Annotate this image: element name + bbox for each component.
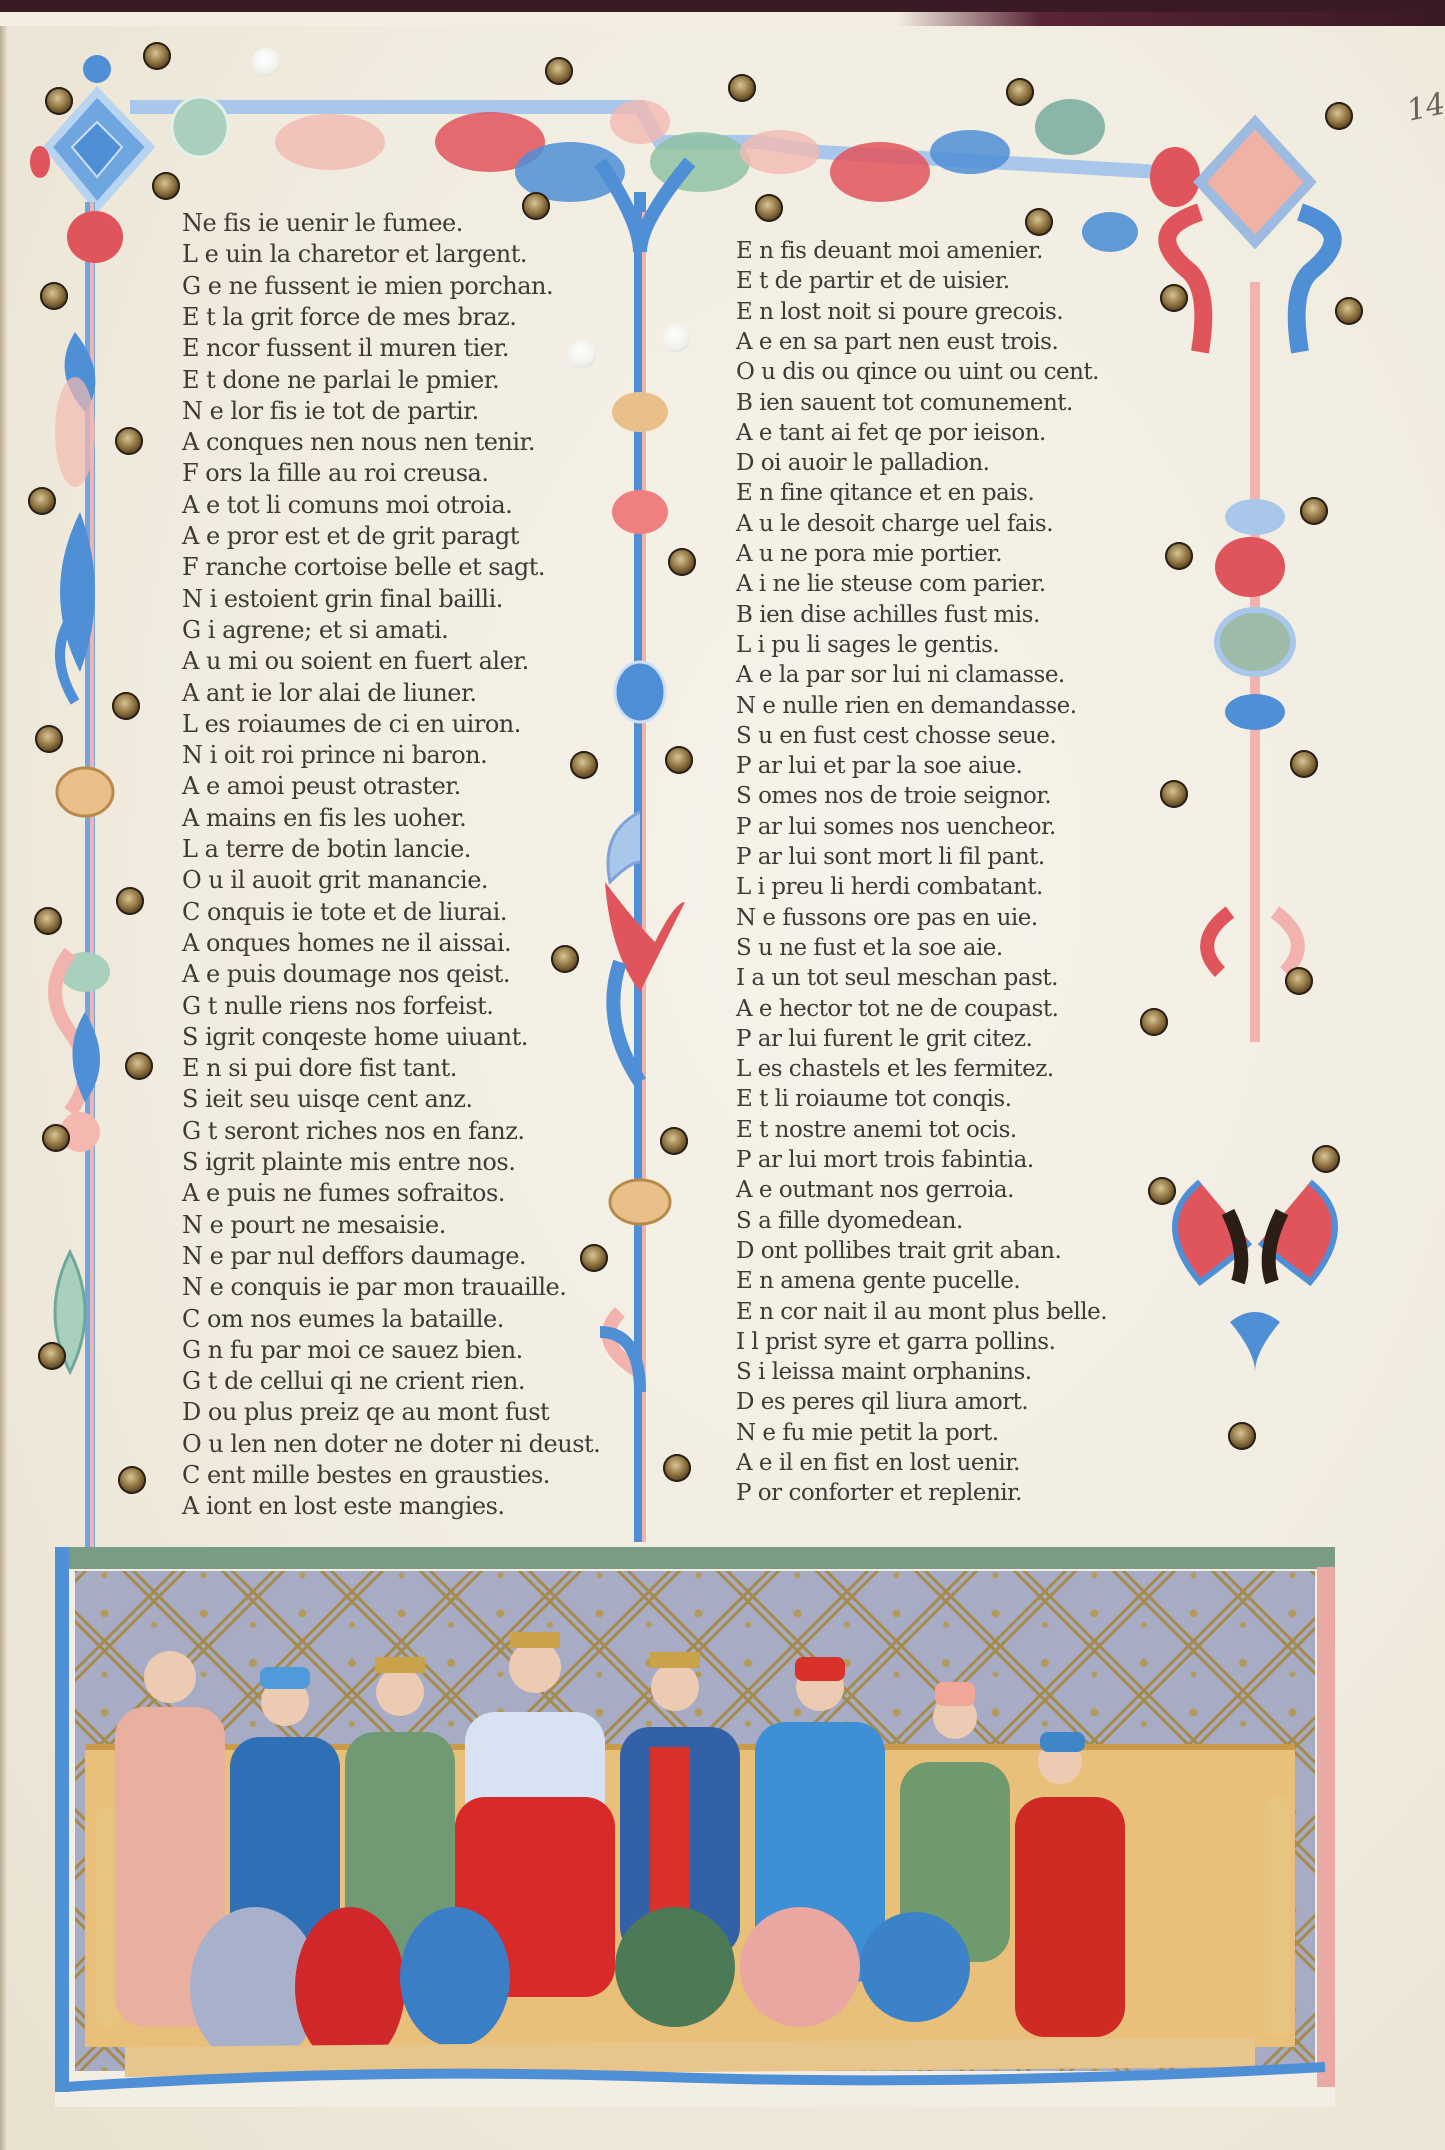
verse-line: A e hector tot ne de coupast.: [736, 996, 1058, 1022]
gold-dot: [1160, 284, 1188, 312]
verse-line: A i ne lie steuse com parier.: [736, 571, 1046, 597]
verse-line: L i pu li sages le gentis.: [736, 632, 999, 658]
verse-line: N e par nul deffors daumage.: [182, 1242, 526, 1270]
gold-dot: [545, 57, 573, 85]
gold-dot: [580, 1244, 608, 1272]
gold-dot: [1285, 967, 1313, 995]
verse-line: A u mi ou soient en fuert aler.: [182, 647, 529, 675]
gold-dot: [1165, 542, 1193, 570]
verse-line: P ar lui sont mort li fil pant.: [736, 844, 1045, 870]
verse-line: O u len nen doter ne doter ni deust.: [182, 1430, 600, 1458]
verse-line: S omes nos de troie seignor.: [736, 783, 1051, 809]
verse-line: A u ne pora mie portier.: [736, 541, 1002, 567]
gold-dot: [1148, 1177, 1176, 1205]
gold-dot: [118, 1466, 146, 1494]
verse-line: P ar lui furent le grit citez.: [736, 1026, 1032, 1052]
verse-line: A e amoi peust otraster.: [182, 772, 461, 800]
verse-line: E t nostre anemi tot ocis.: [736, 1117, 1017, 1143]
gold-dot: [42, 1124, 70, 1152]
verse-line: L a terre de botin lancie.: [182, 835, 471, 863]
verse-line: A e puis ne fumes sofraitos.: [182, 1179, 505, 1207]
verse-line: D ont pollibes trait grit aban.: [736, 1238, 1061, 1264]
verse-line: O u dis ou qince ou uint ou cent.: [736, 359, 1099, 385]
verse-line: O u il auoit grit manancie.: [182, 866, 488, 894]
verse-line: F ranche cortoise belle et sagt.: [182, 553, 545, 581]
verse-line: A e la par sor lui ni clamasse.: [736, 662, 1065, 688]
left-border-stem: [55, 202, 123, 1552]
verse-line: B ien sauent tot comunement.: [736, 390, 1073, 416]
gold-dot: [668, 548, 696, 576]
verse-line: C onquis ie tote et de liurai.: [182, 898, 507, 926]
verse-line: D oi auoir le palladion.: [736, 450, 990, 476]
verse-line: E n amena gente pucelle.: [736, 1268, 1020, 1294]
verse-line: L es roiaumes de ci en uiron.: [182, 710, 521, 738]
gold-dot: [112, 692, 140, 720]
gold-dot: [522, 192, 550, 220]
gold-dot: [1006, 78, 1034, 106]
verse-line: N e pourt ne mesaisie.: [182, 1211, 446, 1239]
verse-line: G t nulle riens nos forfeist.: [182, 992, 493, 1020]
verse-line: I l prist syre et garra pollins.: [736, 1329, 1055, 1355]
verse-line: C om nos eumes la bataille.: [182, 1305, 504, 1333]
verse-line: E n fine qitance et en pais.: [736, 480, 1034, 506]
verse-line: A iont en lost este mangies.: [182, 1492, 505, 1520]
verse-line: E n lost noit si poure grecois.: [736, 299, 1063, 325]
verse-line: A e en sa part nen eust trois.: [736, 329, 1058, 355]
gold-dot: [115, 427, 143, 455]
verse-line: E t done ne parlai le pmier.: [182, 366, 499, 394]
verse-line: N e fussons ore pas en uie.: [736, 905, 1038, 931]
verse-line: A e tot li comuns moi otroia.: [182, 491, 512, 519]
silver-dot: [568, 340, 596, 368]
gold-dot: [38, 1342, 66, 1370]
verse-line: N i oit roi prince ni baron.: [182, 741, 487, 769]
gold-dot: [35, 725, 63, 753]
verse-line: S igrit plainte mis entre nos.: [182, 1148, 515, 1176]
top-left-diamond-ornament: [30, 55, 150, 207]
verse-line: N e conquis ie par mon trauaille.: [182, 1273, 566, 1301]
gold-dot: [551, 945, 579, 973]
center-border-stem: [600, 162, 690, 1542]
gold-dot: [1160, 780, 1188, 808]
verse-line: G t de cellui qi ne crient rien.: [182, 1367, 525, 1395]
gold-dot: [728, 74, 756, 102]
verse-line: G t seront riches nos en fanz.: [182, 1117, 525, 1145]
verse-line: E n fis deuant moi amenier.: [736, 238, 1043, 264]
gold-dot: [28, 487, 56, 515]
verse-line: E n si pui dore fist tant.: [182, 1054, 457, 1082]
verse-line: E t la grit force de mes braz.: [182, 303, 516, 331]
verse-line: N e nulle rien en demandasse.: [736, 693, 1077, 719]
gold-dot: [1325, 102, 1353, 130]
verse-line: A ant ie lor alai de liuner.: [182, 679, 476, 707]
verse-line: A e il en fist en lost uenir.: [736, 1450, 1020, 1476]
verse-line: G e ne fussent ie mien porchan.: [182, 272, 553, 300]
verse-line: A mains en fis les uoher.: [182, 804, 466, 832]
gold-dot: [125, 1052, 153, 1080]
verse-line: A e tant ai fet qe por ieison.: [736, 420, 1046, 446]
verse-line: A conques nen nous nen tenir.: [182, 428, 535, 456]
gold-dot: [45, 87, 73, 115]
verse-line: E ncor fussent il muren tier.: [182, 334, 509, 362]
verse-line: P ar lui et par la soe aiue.: [736, 753, 1022, 779]
gold-dot: [1290, 750, 1318, 778]
right-border-stem: [1167, 122, 1335, 1372]
gold-dot: [152, 172, 180, 200]
verse-line: S ieit seu uisqe cent anz.: [182, 1085, 473, 1113]
gold-dot: [660, 1127, 688, 1155]
verse-line: S u ne fust et la soe aie.: [736, 935, 1003, 961]
verse-line: Ne fis ie uenir le fumee.: [182, 209, 463, 237]
gold-dot: [1228, 1422, 1256, 1450]
gold-dot: [40, 282, 68, 310]
gold-dot: [665, 746, 693, 774]
verse-line: E t de partir et de uisier.: [736, 268, 1010, 294]
verse-line: G i agrene; et si amati.: [182, 616, 448, 644]
gold-dot: [755, 194, 783, 222]
verse-line: P ar lui mort trois fabintia.: [736, 1147, 1034, 1173]
verse-line: I a un tot seul meschan past.: [736, 965, 1058, 991]
verse-line: A e pror est et de grit paragt: [182, 522, 519, 550]
verse-line: S igrit conqeste home uiuant.: [182, 1023, 528, 1051]
verse-line: D es peres qil liura amort.: [736, 1389, 1028, 1415]
verse-line: A e outmant nos gerroia.: [736, 1177, 1014, 1203]
silver-dot: [662, 324, 690, 352]
verse-line: S u en fust cest chosse seue.: [736, 723, 1056, 749]
gold-dot: [663, 1454, 691, 1482]
verse-line: S a fille dyomedean.: [736, 1208, 963, 1234]
verse-line: D ou plus preiz qe au mont fust: [182, 1398, 549, 1426]
gold-dot: [570, 751, 598, 779]
gold-dot: [143, 42, 171, 70]
gold-dot: [1140, 1008, 1168, 1036]
gold-dot: [1312, 1145, 1340, 1173]
verse-line: E t li roiaume tot conqis.: [736, 1086, 1012, 1112]
gold-dot: [34, 907, 62, 935]
gold-dot: [1300, 497, 1328, 525]
verse-line: L es chastels et les fermitez.: [736, 1056, 1054, 1082]
miniature-illustration: [55, 1547, 1335, 2107]
verse-line: N e lor fis ie tot de partir.: [182, 397, 479, 425]
verse-line: N e fu mie petit la port.: [736, 1420, 999, 1446]
verse-line: B ien dise achilles fust mis.: [736, 602, 1040, 628]
verse-line: F ors la fille au roi creusa.: [182, 459, 488, 487]
verse-line: N i estoient grin final bailli.: [182, 585, 503, 613]
verse-line: C ent mille bestes en grausties.: [182, 1461, 550, 1489]
verse-line: P ar lui somes nos uencheor.: [736, 814, 1056, 840]
manuscript-page: 14: [0, 12, 1445, 2150]
gold-dot: [1025, 208, 1053, 236]
verse-line: L i preu li herdi combatant.: [736, 874, 1043, 900]
silver-dot: [252, 48, 280, 76]
verse-line: G n fu par moi ce sauez bien.: [182, 1336, 523, 1364]
verse-line: A e puis doumage nos qeist.: [182, 960, 510, 988]
gold-dot: [1335, 297, 1363, 325]
gold-dot: [116, 887, 144, 915]
verse-line: A onques homes ne il aissai.: [182, 929, 511, 957]
verse-line: P or conforter et replenir.: [736, 1480, 1022, 1506]
verse-line: E n cor nait il au mont plus belle.: [736, 1299, 1107, 1325]
verse-line: L e uin la charetor et largent.: [182, 240, 527, 268]
verse-line: S i leissa maint orphanins.: [736, 1359, 1032, 1385]
verse-line: A u le desoit charge uel fais.: [736, 511, 1053, 537]
